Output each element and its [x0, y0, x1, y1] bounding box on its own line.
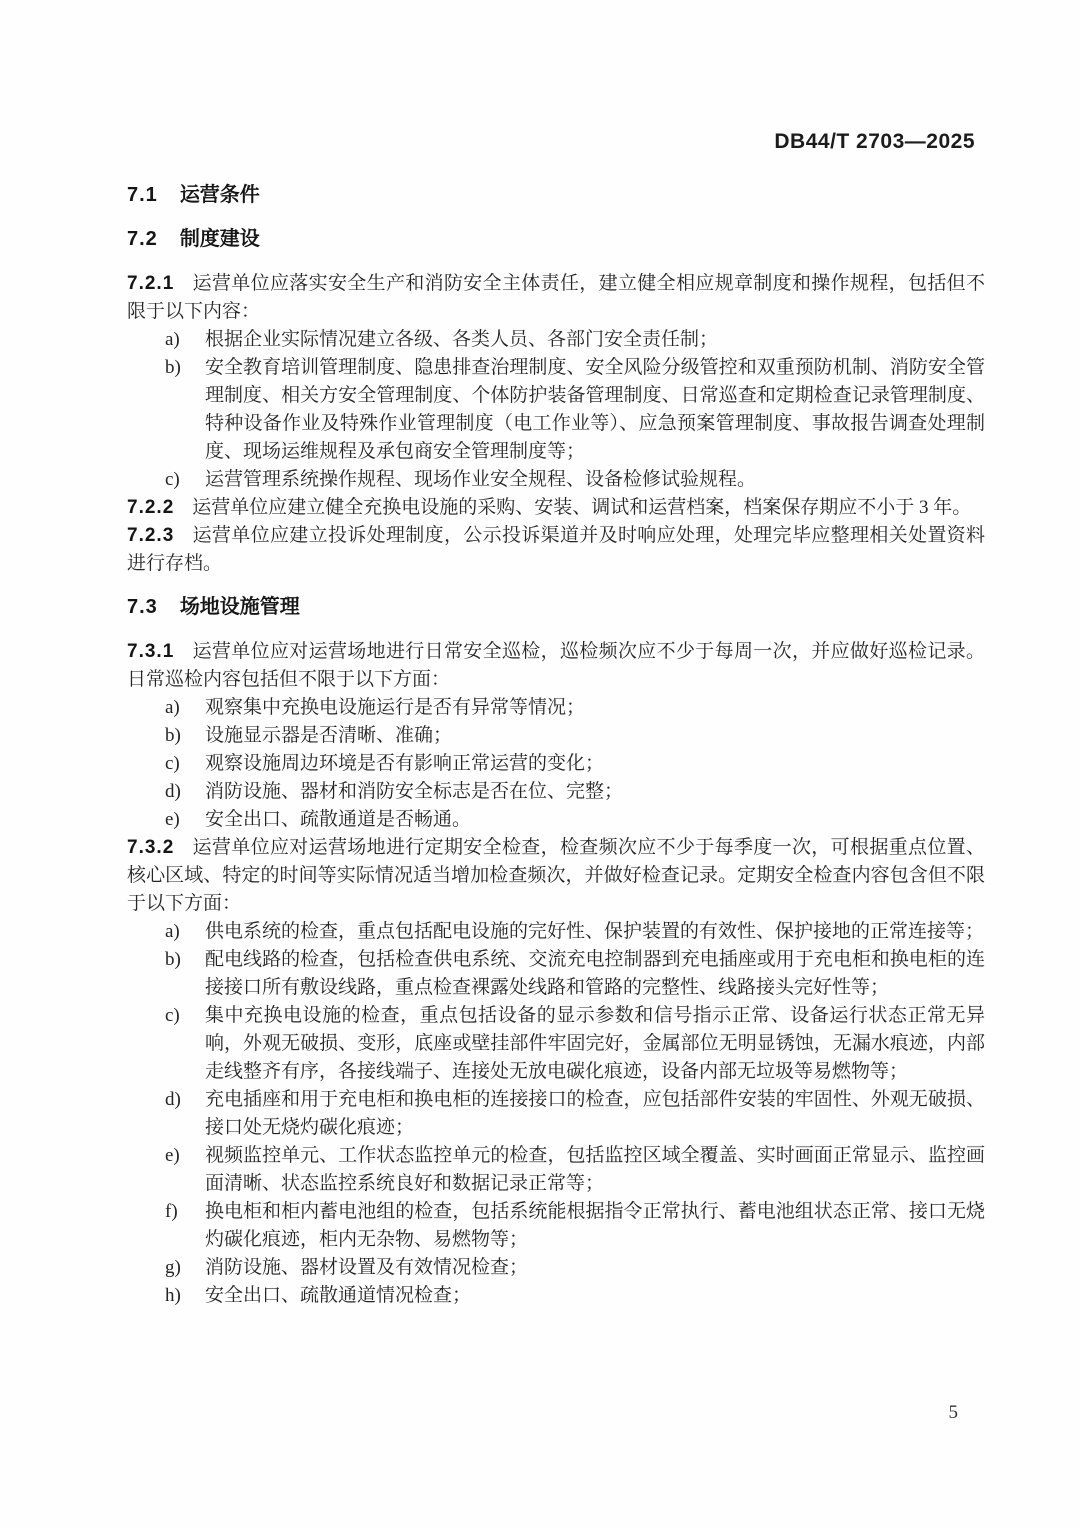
list-item-text: 观察设施周边环境是否有影响正常运营的变化；	[205, 753, 604, 774]
list-item-marker: d)	[165, 1086, 181, 1114]
list-item: b)配电线路的检查，包括检查供电系统、交流充电控制器到充电插座或用于充电柜和换电…	[127, 946, 985, 1002]
list-item-text: 安全出口、疏散通道是否畅通。	[205, 809, 471, 830]
list-item-text: 安全出口、疏散通道情况检查；	[205, 1285, 471, 1306]
standard-number-header: DB44/T 2703—2025	[774, 130, 975, 154]
list-item-marker: c)	[165, 1002, 180, 1030]
clause-text: 运营单位应对运营场地进行日常安全巡检，巡检频次应不少于每周一次，并应做好巡检记录…	[127, 641, 985, 690]
list-item: c)运营管理系统操作规程、现场作业安全规程、设备检修试验规程。	[127, 466, 985, 494]
list-item-text: 根据企业实际情况建立各级、各类人员、各部门安全责任制；	[205, 329, 718, 350]
list-item-marker: c)	[165, 466, 180, 494]
list-item-marker: a)	[165, 694, 180, 722]
list-item-text: 消防设施、器材设置及有效情况检查；	[205, 1257, 528, 1278]
list-item-text: 观察集中充换电设施运行是否有异常等情况；	[205, 697, 585, 718]
list-item: c)集中充换电设施的检查，重点包括设备的显示参数和信号指示正常、设备运行状态正常…	[127, 1002, 985, 1086]
clause-number: 7.2.3	[127, 525, 174, 546]
list-item-text: 安全教育培训管理制度、隐患排查治理制度、安全风险分级管控和双重预防机制、消防安全…	[205, 357, 985, 462]
list-item: d)充电插座和用于充电柜和换电柜的连接接口的检查，应包括部件安装的牢固性、外观无…	[127, 1086, 985, 1142]
list-item-text: 视频监控单元、工作状态监控单元的检查，包括监控区域全覆盖、实时画面正常显示、监控…	[205, 1145, 985, 1194]
list-item-marker: a)	[165, 918, 180, 946]
list-item: d)消防设施、器材和消防安全标志是否在位、完整；	[127, 778, 985, 806]
list-item-text: 供电系统的检查，重点包括配电设施的完好性、保护装置的有效性、保护接地的正常连接等…	[205, 921, 984, 942]
list-item-marker: d)	[165, 778, 181, 806]
clause-text: 运营单位应对运营场地进行定期安全检查，检查频次应不少于每季度一次，可根据重点位置…	[127, 837, 985, 914]
list-item-text: 充电插座和用于充电柜和换电柜的连接接口的检查，应包括部件安装的牢固性、外观无破损…	[205, 1089, 985, 1138]
list-item-marker: b)	[165, 722, 181, 750]
list-item-text: 设施显示器是否清晰、准确；	[205, 725, 452, 746]
section-heading: 7.3场地设施管理	[127, 594, 985, 620]
page-number: 5	[949, 1402, 959, 1424]
section-title: 运营条件	[180, 184, 260, 206]
list-item: a)观察集中充换电设施运行是否有异常等情况；	[127, 694, 985, 722]
clause-paragraph: 7.2.3运营单位应建立投诉处理制度，公示投诉渠道并及时响应处理，处理完毕应整理…	[127, 522, 985, 578]
section-title: 场地设施管理	[180, 596, 300, 618]
section-heading: 7.1运营条件	[127, 182, 985, 208]
list-item-text: 换电柜和柜内蓄电池组的检查，包括系统能根据指令正常执行、蓄电池组状态正常、接口无…	[205, 1201, 985, 1250]
clause-number: 7.2.1	[127, 273, 174, 294]
document-content: 7.1运营条件7.2制度建设7.2.1运营单位应落实安全生产和消防安全主体责任，…	[127, 180, 985, 1310]
list-item: a)根据企业实际情况建立各级、各类人员、各部门安全责任制；	[127, 326, 985, 354]
list-item: a)供电系统的检查，重点包括配电设施的完好性、保护装置的有效性、保护接地的正常连…	[127, 918, 985, 946]
list-item-marker: b)	[165, 946, 181, 974]
list-item: b)设施显示器是否清晰、准确；	[127, 722, 985, 750]
list-item-text: 配电线路的检查，包括检查供电系统、交流充电控制器到充电插座或用于充电柜和换电柜的…	[205, 949, 985, 998]
clause-paragraph: 7.2.1运营单位应落实安全生产和消防安全主体责任，建立健全相应规章制度和操作规…	[127, 270, 985, 326]
list-item: e)视频监控单元、工作状态监控单元的检查，包括监控区域全覆盖、实时画面正常显示、…	[127, 1142, 985, 1198]
list-item-marker: c)	[165, 750, 180, 778]
list-item-marker: g)	[165, 1254, 181, 1282]
list-item-marker: e)	[165, 806, 180, 834]
list-item-marker: e)	[165, 1142, 180, 1170]
clause-text: 运营单位应落实安全生产和消防安全主体责任，建立健全相应规章制度和操作规程，包括但…	[127, 273, 985, 322]
list-item: h)安全出口、疏散通道情况检查；	[127, 1282, 985, 1310]
clause-paragraph: 7.3.2运营单位应对运营场地进行定期安全检查，检查频次应不少于每季度一次，可根…	[127, 834, 985, 918]
section-heading: 7.2制度建设	[127, 226, 985, 252]
clause-text: 运营单位应建立健全充换电设施的采购、安装、调试和运营档案，档案保存期应不小于 3…	[192, 497, 971, 518]
section-number: 7.3	[127, 596, 158, 618]
list-item-marker: f)	[165, 1198, 178, 1226]
list-item: g)消防设施、器材设置及有效情况检查；	[127, 1254, 985, 1282]
list-item-text: 消防设施、器材和消防安全标志是否在位、完整；	[205, 781, 623, 802]
section-title: 制度建设	[180, 228, 260, 250]
list-item-marker: b)	[165, 354, 181, 382]
clause-number: 7.2.2	[127, 497, 174, 518]
list-item-marker: a)	[165, 326, 180, 354]
clause-number: 7.3.1	[127, 641, 174, 662]
clause-text: 运营单位应建立投诉处理制度，公示投诉渠道并及时响应处理，处理完毕应整理相关处置资…	[127, 525, 985, 574]
section-number: 7.1	[127, 184, 158, 206]
list-item: e)安全出口、疏散通道是否畅通。	[127, 806, 985, 834]
section-number: 7.2	[127, 228, 158, 250]
list-item: f)换电柜和柜内蓄电池组的检查，包括系统能根据指令正常执行、蓄电池组状态正常、接…	[127, 1198, 985, 1254]
list-item-text: 集中充换电设施的检查，重点包括设备的显示参数和信号指示正常、设备运行状态正常无异…	[205, 1005, 985, 1082]
list-item: c)观察设施周边环境是否有影响正常运营的变化；	[127, 750, 985, 778]
document-page: DB44/T 2703—2025 7.1运营条件7.2制度建设7.2.1运营单位…	[0, 0, 1080, 1527]
list-item-text: 运营管理系统操作规程、现场作业安全规程、设备检修试验规程。	[205, 469, 756, 490]
list-item-marker: h)	[165, 1282, 181, 1310]
list-item: b)安全教育培训管理制度、隐患排查治理制度、安全风险分级管控和双重预防机制、消防…	[127, 354, 985, 466]
clause-number: 7.3.2	[127, 837, 174, 858]
clause-paragraph: 7.2.2运营单位应建立健全充换电设施的采购、安装、调试和运营档案，档案保存期应…	[127, 494, 985, 522]
clause-paragraph: 7.3.1运营单位应对运营场地进行日常安全巡检，巡检频次应不少于每周一次，并应做…	[127, 638, 985, 694]
